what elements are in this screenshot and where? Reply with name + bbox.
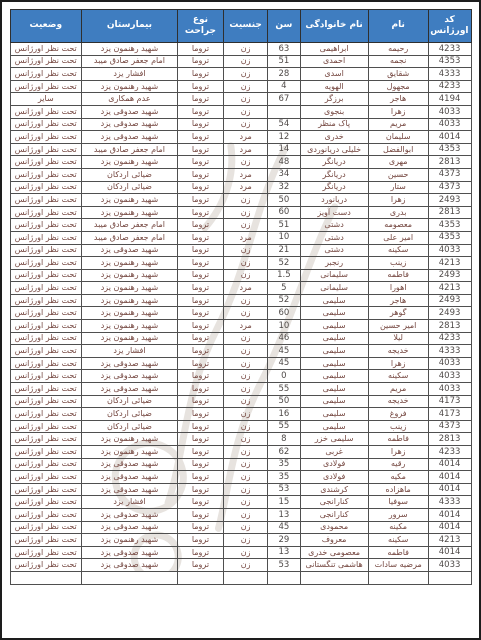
cell-age: 5 (268, 282, 300, 295)
cell-age: 10 (268, 231, 300, 244)
cell-status: تحت نظر اورژانس (10, 168, 82, 181)
table-row: 4014سلیمانخدری12مردتروماشهید صدوقی یزدتح… (10, 131, 471, 144)
cell-surname: پاک منظر (300, 118, 368, 131)
cell-surname: محمودی (300, 521, 368, 534)
cell-injury: تروما (177, 294, 223, 307)
table-row: 4333سوفیاکنارانجی15زنتروماافشار یزدتحت ن… (10, 496, 471, 509)
table-row: 4353معصومهدشتی51زنتروماامام جعفر صادق می… (10, 219, 471, 232)
cell-age: 55 (268, 383, 300, 396)
cell-surname: دریانگر (300, 156, 368, 169)
cell-hospital: شهید صدوقی یزد (82, 471, 178, 484)
table-row: 2813امیر حسینسلیمی10مردتروماشهید رهنمون … (10, 320, 471, 333)
cell-surname: کنارانجی (300, 496, 368, 509)
cell-age: 55 (268, 420, 300, 433)
cell-status: تحت نظر اورژانس (10, 307, 82, 320)
cell-injury: تروما (177, 206, 223, 219)
cell-age (268, 571, 300, 584)
cell-status: تحت نظر اورژانس (10, 496, 82, 509)
cell-age: 14 (268, 143, 300, 156)
cell-hospital: شهید رهنمون یزد (82, 433, 178, 446)
cell-age: 13 (268, 508, 300, 521)
cell-age: 60 (268, 307, 300, 320)
cell-name: خدیجه (368, 345, 428, 358)
cell-status: تحت نظر اورژانس (10, 80, 82, 93)
cell-status: تحت نظر اورژانس (10, 68, 82, 81)
cell-hospital: شهید رهنمون یزد (82, 206, 178, 219)
cell-code (428, 571, 471, 584)
cell-injury: تروما (177, 446, 223, 459)
table-row: 4213زینبرنجبر52زنتروماشهید رهنمون یزدتحت… (10, 257, 471, 270)
cell-surname: سلیمی (300, 370, 368, 383)
cell-name: سوفیا (368, 496, 428, 509)
table-row (10, 571, 471, 584)
cell-hospital: ضیائی اردکان (82, 168, 178, 181)
cell-status: تحت نظر اورژانس (10, 332, 82, 345)
table-row: 4373حسیندریانگر34مردتروماضیائی اردکانتحت… (10, 168, 471, 181)
cell-hospital: شهید صدوقی یزد (82, 131, 178, 144)
cell-age: 50 (268, 395, 300, 408)
cell-gender: مرد (223, 168, 267, 181)
cell-surname: سلیمی (300, 357, 368, 370)
cell-code: 4233 (428, 332, 471, 345)
cell-hospital: شهید صدوقی یزد (82, 483, 178, 496)
cell-age: 29 (268, 534, 300, 547)
cell-injury: تروما (177, 105, 223, 118)
table-row: 4353نجمهاحمدی51زنتروماامام جعفر صادق میب… (10, 55, 471, 68)
cell-name: لیلا (368, 332, 428, 345)
cell-gender: زن (223, 244, 267, 257)
cell-status: تحت نظر اورژانس (10, 559, 82, 572)
cell-status: تحت نظر اورژانس (10, 181, 82, 194)
cell-code: 4213 (428, 257, 471, 270)
cell-gender: زن (223, 55, 267, 68)
cell-injury: تروما (177, 257, 223, 270)
cell-name: ستار (368, 181, 428, 194)
cell-age: 67 (268, 93, 300, 106)
cell-hospital: امام جعفر صادق میبد (82, 143, 178, 156)
cell-name: زهرا (368, 105, 428, 118)
cell-name: مکیه (368, 471, 428, 484)
table-row: 4233زهراغربی62زنتروماشهید رهنمون یزدتحت … (10, 446, 471, 459)
cell-injury: تروما (177, 483, 223, 496)
cell-name: فاطمه (368, 269, 428, 282)
cell-gender: زن (223, 395, 267, 408)
table-row: 4213اهوراسلیمانی5مردتروماشهید رهنمون یزد… (10, 282, 471, 295)
table-row: 4213سکینهمعروف29زنتروماشهید رهنمون یزدتح… (10, 534, 471, 547)
cell-name: شقایق (368, 68, 428, 81)
cell-gender: زن (223, 508, 267, 521)
cell-injury: تروما (177, 546, 223, 559)
cell-surname: سلیمی (300, 383, 368, 396)
cell-name: مریم (368, 118, 428, 131)
cell-code: 4233 (428, 446, 471, 459)
cell-injury: تروما (177, 168, 223, 181)
cell-surname: معروف (300, 534, 368, 547)
cell-code: 4333 (428, 345, 471, 358)
cell-hospital: ضیائی اردکان (82, 181, 178, 194)
cell-surname: دشتی (300, 231, 368, 244)
table-row: 2813مهریدریانگر48زنتروماشهید رهنمون یزدت… (10, 156, 471, 169)
cell-hospital: شهید رهنمون یزد (82, 43, 178, 56)
cell-age: 16 (268, 408, 300, 421)
cell-surname: سلیمی (300, 395, 368, 408)
cell-gender: زن (223, 483, 267, 496)
cell-name: هاجر (368, 93, 428, 106)
cell-injury: تروما (177, 496, 223, 509)
cell-code: 2493 (428, 194, 471, 207)
cell-surname: کنارانجی (300, 508, 368, 521)
cell-code: 4353 (428, 143, 471, 156)
cell-hospital: شهید صدوقی یزد (82, 458, 178, 471)
cell-gender: زن (223, 294, 267, 307)
cell-age: 63 (268, 43, 300, 56)
cell-code: 2493 (428, 269, 471, 282)
cell-age: 50 (268, 194, 300, 207)
cell-injury: تروما (177, 357, 223, 370)
table-row: 4014ماهزادهکرشندی53زنتروماشهید صدوقی یزد… (10, 483, 471, 496)
cell-hospital: شهید رهنمون یزد (82, 257, 178, 270)
cell-code: 4014 (428, 458, 471, 471)
column-header-status: وضعیت (10, 10, 82, 43)
cell-status: تحت نظر اورژانس (10, 143, 82, 156)
table-row: 4173فروغسلیمی16زنتروماضیائی اردکانتحت نظ… (10, 408, 471, 421)
cell-injury: تروما (177, 307, 223, 320)
cell-gender: زن (223, 433, 267, 446)
cell-code: 4353 (428, 219, 471, 232)
cell-hospital: شهید صدوقی یزد (82, 559, 178, 572)
cell-gender: زن (223, 80, 267, 93)
cell-hospital: شهید رهنمون یزد (82, 194, 178, 207)
table-row: 4014فاطمهمعصومی خدری13زنتروماشهید صدوقی … (10, 546, 471, 559)
cell-hospital: ضیائی اردکان (82, 408, 178, 421)
cell-code: 2813 (428, 433, 471, 446)
cell-surname: غربی (300, 446, 368, 459)
cell-age: 52 (268, 257, 300, 270)
cell-code: 4033 (428, 105, 471, 118)
cell-injury: تروما (177, 131, 223, 144)
table-row: 4014مکیهفولادی35زنتروماشهید صدوقی یزدتحت… (10, 471, 471, 484)
cell-status: سایر (10, 93, 82, 106)
cell-injury: تروما (177, 420, 223, 433)
table-row: 4033زهراسلیمی45زنتروماشهید صدوقی یزدتحت … (10, 357, 471, 370)
cell-gender: زن (223, 458, 267, 471)
cell-age: 10 (268, 320, 300, 333)
cell-injury: تروما (177, 43, 223, 56)
cell-injury: تروما (177, 219, 223, 232)
cell-injury: تروما (177, 244, 223, 257)
table-row: 4033مرضیه ساداتهاشمی تنگستانی53زنتروماشه… (10, 559, 471, 572)
cell-gender: زن (223, 370, 267, 383)
table-row: 4033مریمپاک منظر54زنتروماشهید صدوقی یزدت… (10, 118, 471, 131)
cell-surname: برزگر (300, 93, 368, 106)
cell-injury: تروما (177, 181, 223, 194)
cell-code: 4233 (428, 80, 471, 93)
cell-status: تحت نظر اورژانس (10, 206, 82, 219)
cell-status: تحت نظر اورژانس (10, 231, 82, 244)
column-header-gender: جنسیت (223, 10, 267, 43)
cell-gender: زن (223, 118, 267, 131)
table-row: 4014رقیهفولادی35زنتروماشهید صدوقی یزدتحت… (10, 458, 471, 471)
table-row: 4373ستاردریانگر32مردتروماضیائی اردکانتحت… (10, 181, 471, 194)
cell-gender: زن (223, 471, 267, 484)
cell-status: تحت نظر اورژانس (10, 345, 82, 358)
table-row: 4333خدیجهسلیمی45زنتروماافشار یزدتحت نظر … (10, 345, 471, 358)
cell-gender: زن (223, 307, 267, 320)
cell-hospital: شهید رهنمون یزد (82, 320, 178, 333)
table-row: 4353امیر علیدشتی10مردتروماامام جعفر صادق… (10, 231, 471, 244)
cell-hospital: شهید رهنمون یزد (82, 282, 178, 295)
cell-surname: الهویه (300, 80, 368, 93)
cell-code: 2813 (428, 206, 471, 219)
table-row: 4033مریمسلیمی55زنتروماشهید صدوقی یزدتحت … (10, 383, 471, 396)
cell-code: 4353 (428, 231, 471, 244)
cell-name: امیر حسین (368, 320, 428, 333)
cell-injury: تروما (177, 408, 223, 421)
cell-name: رقیه (368, 458, 428, 471)
table-row: 4033سکینهسلیمی0زنتروماشهید صدوقی یزدتحت … (10, 370, 471, 383)
cell-status: تحت نظر اورژانس (10, 282, 82, 295)
cell-surname: سلیمی (300, 420, 368, 433)
cell-code: 4333 (428, 496, 471, 509)
cell-hospital: شهید صدوقی یزد (82, 521, 178, 534)
scanned-table-page: کد اورژانسنامنام خانوادگیسنجنسیتنوع جراح… (0, 0, 481, 640)
cell-name: سکینه (368, 534, 428, 547)
cell-age: 60 (268, 206, 300, 219)
table-row: 4233رحیمهابراهیمی63زنتروماشهید رهنمون یز… (10, 43, 471, 56)
cell-status: تحت نظر اورژانس (10, 320, 82, 333)
cell-injury: تروما (177, 383, 223, 396)
cell-name: خدیجه (368, 395, 428, 408)
cell-hospital: ضیائی اردکان (82, 420, 178, 433)
cell-gender: زن (223, 383, 267, 396)
cell-name: زهرا (368, 446, 428, 459)
table-row: 4033سکینهدشتی21زنتروماشهید صدوقی یزدتحت … (10, 244, 471, 257)
cell-hospital: شهید صدوقی یزد (82, 357, 178, 370)
cell-surname: دریانگر (300, 168, 368, 181)
cell-injury: تروما (177, 508, 223, 521)
cell-surname: سلیمی (300, 320, 368, 333)
cell-injury: تروما (177, 345, 223, 358)
cell-name: اهورا (368, 282, 428, 295)
column-header-code: کد اورژانس (428, 10, 471, 43)
cell-surname: دریانگر (300, 181, 368, 194)
cell-age: 45 (268, 345, 300, 358)
cell-injury (177, 571, 223, 584)
table-row: 4353ابوالفضلخلیلی دریانوردی14مردترومااما… (10, 143, 471, 156)
table-row: 4233مجهولالهویه4زنتروماشهید رهنمون یزدتح… (10, 80, 471, 93)
cell-surname: دست آویز (300, 206, 368, 219)
cell-status: تحت نظر اورژانس (10, 483, 82, 496)
cell-status (10, 571, 82, 584)
cell-gender: زن (223, 269, 267, 282)
cell-surname: دشتی (300, 244, 368, 257)
cell-name: مهری (368, 156, 428, 169)
cell-surname: سلیمی (300, 408, 368, 421)
cell-code: 4033 (428, 118, 471, 131)
cell-surname: سلیمی خزر (300, 433, 368, 446)
cell-gender: زن (223, 420, 267, 433)
cell-gender: زن (223, 345, 267, 358)
cell-hospital: شهید رهنمون یزد (82, 307, 178, 320)
cell-status: تحت نظر اورژانس (10, 383, 82, 396)
cell-age: 52 (268, 294, 300, 307)
cell-name: زهرا (368, 357, 428, 370)
cell-hospital: شهید صدوقی یزد (82, 383, 178, 396)
cell-hospital: شهید رهنمون یزد (82, 534, 178, 547)
cell-surname: سلیمی (300, 332, 368, 345)
cell-status: تحت نظر اورژانس (10, 508, 82, 521)
cell-name: نجمه (368, 55, 428, 68)
cell-age: 35 (268, 471, 300, 484)
cell-name: ابوالفضل (368, 143, 428, 156)
header-row: کد اورژانسنامنام خانوادگیسنجنسیتنوع جراح… (10, 10, 471, 43)
cell-age: 15 (268, 496, 300, 509)
cell-code: 4173 (428, 408, 471, 421)
table-row: 2493هاجرسلیمی52زنتروماشهید رهنمون یزدتحت… (10, 294, 471, 307)
table-body: 4233رحیمهابراهیمی63زنتروماشهید رهنمون یز… (10, 43, 471, 585)
table-row: 4014مکینهمحمودی45زنتروماشهید صدوقی یزدتح… (10, 521, 471, 534)
cell-gender: مرد (223, 231, 267, 244)
cell-status: تحت نظر اورژانس (10, 105, 82, 118)
cell-injury: تروما (177, 156, 223, 169)
cell-name: امیر علی (368, 231, 428, 244)
cell-hospital: شهید رهنمون یزد (82, 332, 178, 345)
cell-code: 4014 (428, 131, 471, 144)
cell-status: تحت نظر اورژانس (10, 194, 82, 207)
cell-gender: زن (223, 219, 267, 232)
column-header-surname: نام خانوادگی (300, 10, 368, 43)
cell-code: 4014 (428, 521, 471, 534)
cell-hospital: افشار یزد (82, 345, 178, 358)
cell-surname: اسدی (300, 68, 368, 81)
cell-gender: زن (223, 156, 267, 169)
cell-status: تحت نظر اورژانس (10, 269, 82, 282)
cell-injury: تروما (177, 55, 223, 68)
cell-gender: زن (223, 546, 267, 559)
cell-injury: تروما (177, 370, 223, 383)
column-header-age: سن (268, 10, 300, 43)
cell-code: 4033 (428, 370, 471, 383)
column-header-name: نام (368, 10, 428, 43)
cell-surname: خلیلی دریانوردی (300, 143, 368, 156)
cell-name (368, 571, 428, 584)
cell-code: 4373 (428, 181, 471, 194)
cell-injury: تروما (177, 80, 223, 93)
cell-injury: تروما (177, 458, 223, 471)
cell-status: تحت نظر اورژانس (10, 546, 82, 559)
cell-hospital: امام جعفر صادق میبد (82, 231, 178, 244)
cell-status: تحت نظر اورژانس (10, 395, 82, 408)
cell-surname: دشتی (300, 219, 368, 232)
cell-age (268, 105, 300, 118)
cell-surname: سلیمانی (300, 269, 368, 282)
cell-status: تحت نظر اورژانس (10, 118, 82, 131)
cell-name: سکینه (368, 244, 428, 257)
cell-gender: مرد (223, 282, 267, 295)
cell-code: 2813 (428, 156, 471, 169)
cell-name: حسین (368, 168, 428, 181)
table-row: 2493زهرادریانورد50زنتروماشهید رهنمون یزد… (10, 194, 471, 207)
cell-injury: تروما (177, 269, 223, 282)
cell-age: 13 (268, 546, 300, 559)
cell-name: فروغ (368, 408, 428, 421)
cell-age: 62 (268, 446, 300, 459)
cell-surname: معصومی خدری (300, 546, 368, 559)
cell-surname: سلیمی (300, 307, 368, 320)
cell-surname: کرشندی (300, 483, 368, 496)
cell-status: تحت نظر اورژانس (10, 370, 82, 383)
cell-code: 4033 (428, 357, 471, 370)
cell-age: 54 (268, 118, 300, 131)
cell-gender: مرد (223, 131, 267, 144)
table-row: 4373زینبسلیمی55زنتروماضیائی اردکانتحت نظ… (10, 420, 471, 433)
cell-injury: تروما (177, 143, 223, 156)
cell-status: تحت نظر اورژانس (10, 357, 82, 370)
cell-gender: مرد (223, 181, 267, 194)
cell-code: 4373 (428, 168, 471, 181)
cell-status: تحت نظر اورژانس (10, 156, 82, 169)
cell-injury: تروما (177, 194, 223, 207)
cell-status: تحت نظر اورژانس (10, 534, 82, 547)
cell-hospital: شهید رهنمون یزد (82, 80, 178, 93)
cell-name: زهرا (368, 194, 428, 207)
table-row: 4333شقایقاسدی28زنتروماافشار یزدتحت نظر ا… (10, 68, 471, 81)
cell-age: 45 (268, 521, 300, 534)
cell-hospital (82, 571, 178, 584)
cell-gender: زن (223, 521, 267, 534)
cell-injury: تروما (177, 332, 223, 345)
cell-hospital: شهید صدوقی یزد (82, 105, 178, 118)
cell-name: هاجر (368, 294, 428, 307)
cell-age: 48 (268, 156, 300, 169)
column-header-hospital: بیمارستان (82, 10, 178, 43)
cell-status: تحت نظر اورژانس (10, 244, 82, 257)
cell-name: معصومه (368, 219, 428, 232)
cell-status: تحت نظر اورژانس (10, 131, 82, 144)
cell-code: 4014 (428, 483, 471, 496)
cell-surname: احمدی (300, 55, 368, 68)
cell-hospital: عدم همکاری (82, 93, 178, 106)
cell-gender (223, 571, 267, 584)
cell-name: رحیمه (368, 43, 428, 56)
cell-status: تحت نظر اورژانس (10, 471, 82, 484)
table-row: 2493گوهرسلیمی60زنتروماشهید رهنمون یزدتحت… (10, 307, 471, 320)
cell-surname: دریانورد (300, 194, 368, 207)
cell-age: 32 (268, 181, 300, 194)
cell-injury: تروما (177, 320, 223, 333)
cell-hospital: امام جعفر صادق میبد (82, 55, 178, 68)
cell-age: 28 (268, 68, 300, 81)
emergency-table: کد اورژانسنامنام خانوادگیسنجنسیتنوع جراح… (10, 9, 472, 585)
table-row: 2813بدریدست آویز60زنتروماشهید رهنمون یزد… (10, 206, 471, 219)
cell-age: 4 (268, 80, 300, 93)
cell-hospital: شهید صدوقی یزد (82, 244, 178, 257)
cell-age: 35 (268, 458, 300, 471)
cell-name: مریم (368, 383, 428, 396)
cell-age: 8 (268, 433, 300, 446)
cell-gender: زن (223, 68, 267, 81)
cell-name: سرور (368, 508, 428, 521)
cell-surname: رنجبر (300, 257, 368, 270)
cell-injury: تروما (177, 93, 223, 106)
cell-hospital: شهید رهنمون یزد (82, 294, 178, 307)
cell-hospital: ضیائی اردکان (82, 395, 178, 408)
cell-hospital: شهید صدوقی یزد (82, 118, 178, 131)
cell-code: 4014 (428, 508, 471, 521)
cell-surname: بنجوی (300, 105, 368, 118)
cell-injury: تروما (177, 433, 223, 446)
cell-age: 0 (268, 370, 300, 383)
